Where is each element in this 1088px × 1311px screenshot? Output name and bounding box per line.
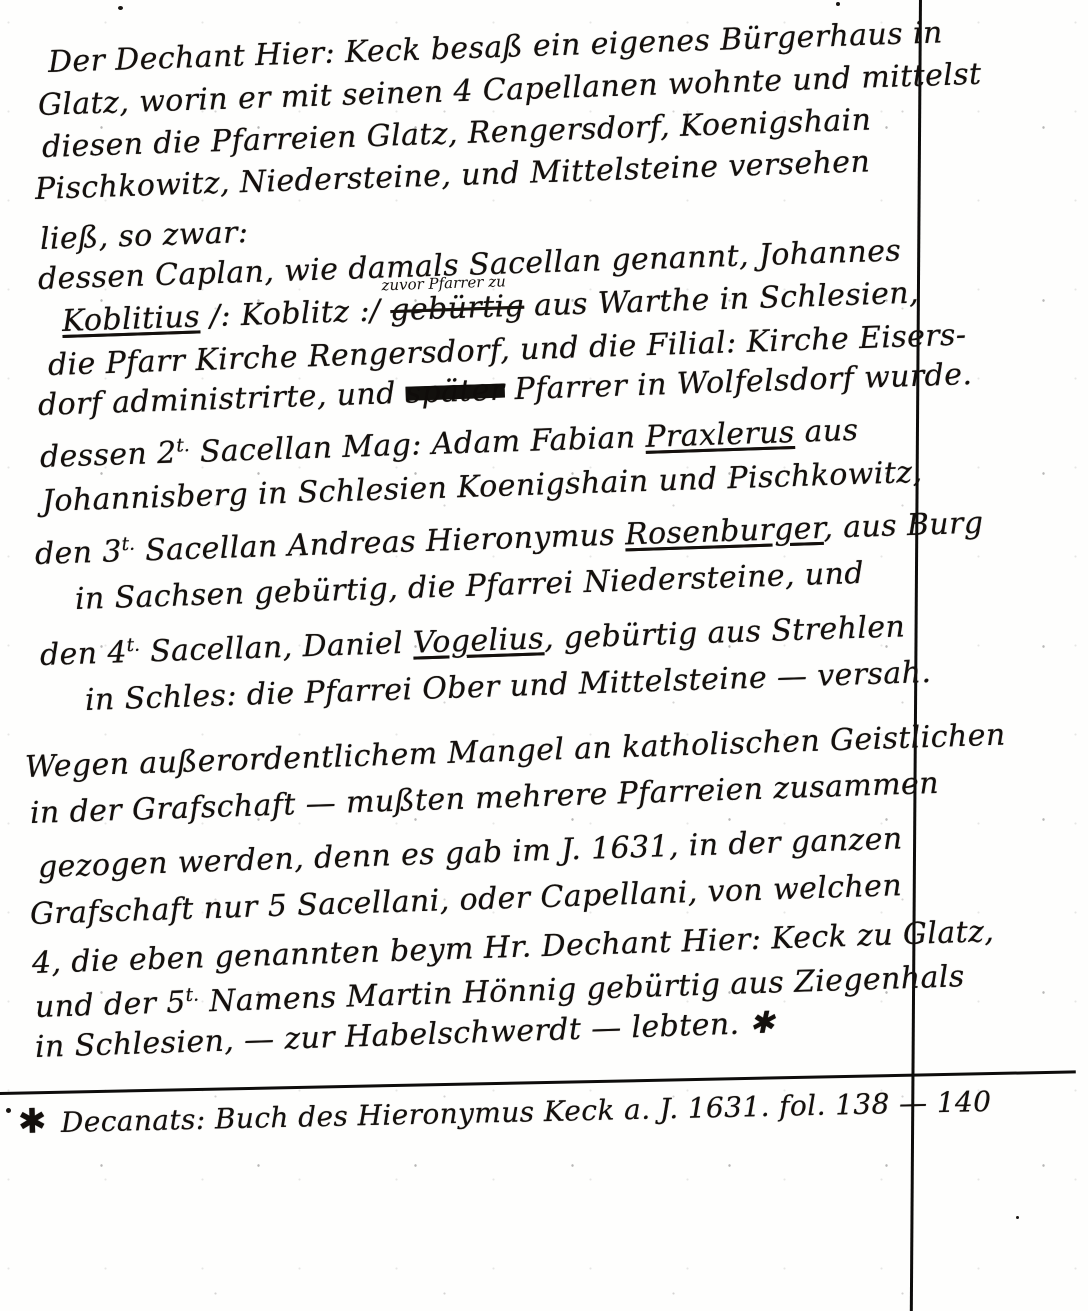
underlined-name: Rosenburger [624,511,823,553]
line-text: /: Koblitz :/ [199,293,391,334]
ordinal-superscript: t. [176,435,190,456]
underlined-name: Vogelius [412,621,544,660]
line-text: Sacellan, Daniel [140,626,414,670]
line-text: Sacellan Andreas Hieronymus [135,517,626,568]
asterisk-footnote-marker: ✱ [18,1101,48,1142]
ink-speck [118,6,123,10]
manuscript-page: Der Dechant Hier: Keck besaß ein eigenes… [0,0,1088,1311]
ordinal-superscript: t. [121,534,135,555]
underlined-name: Koblitius [61,299,200,339]
underlined-name: Praxlerus [645,415,795,455]
blotted-word: später [405,373,505,411]
line-text: , gebürtig aus Strehlen [543,609,905,656]
line-text: und der 5 [34,985,186,1025]
line-text: Sacellan Mag: Adam Fabian [189,420,646,470]
correction-segment: zuvor Pfarrer zugebürtig [390,289,525,328]
line-text: dorf administrirte, und [37,376,406,423]
line-text: den 3 [34,534,122,572]
line-text: , aus Burg [823,506,984,546]
ordinal-superscript: t. [126,635,140,656]
manuscript-line: ließ, so zwar: [39,215,249,257]
line-text: aus [794,413,859,450]
struck-word: gebürtig [390,289,525,328]
ink-speck [836,2,840,6]
ordinal-superscript: t. [185,985,199,1006]
line-text: dessen 2 [39,435,177,475]
footnote-text: Decanats: Buch des Hieronymus Keck a. J.… [61,1085,992,1139]
line-text: aus Warthe in Schlesien, [524,276,920,324]
line-text: den 4 [39,635,127,673]
ink-speck [6,1108,11,1113]
ink-speck [1016,1216,1019,1219]
